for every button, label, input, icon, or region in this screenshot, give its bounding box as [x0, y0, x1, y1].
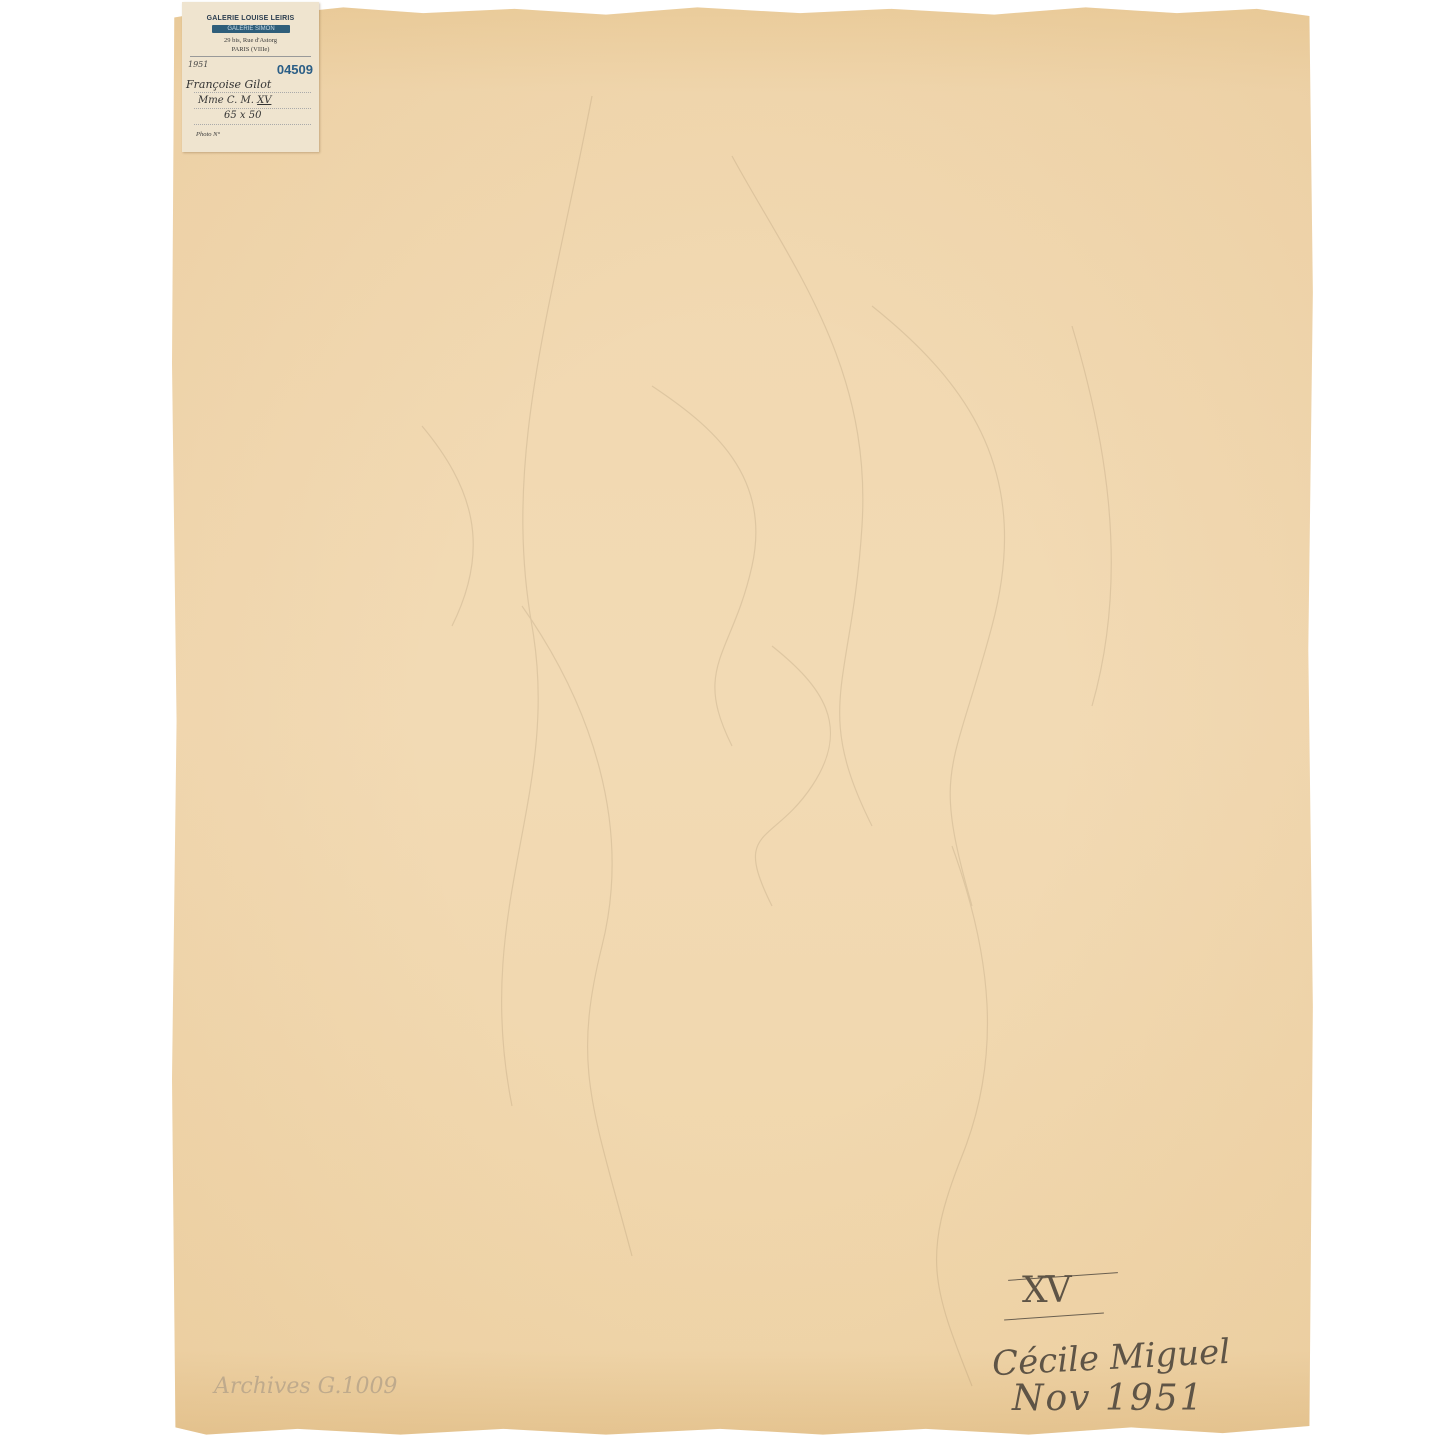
dotted-line	[194, 124, 311, 125]
dotted-line	[194, 92, 311, 93]
archive-inscription: Archives G.1009	[214, 1374, 397, 1399]
photo-number-label: Photo N°	[196, 131, 220, 138]
date-inscription: Nov 1951	[1012, 1378, 1205, 1419]
title-prefix: Mme C. M.	[198, 95, 254, 106]
stock-number: 04509	[277, 62, 313, 77]
struck-gallery-name: GALERIE SIMON	[212, 25, 290, 33]
label-title: Mme C. M. XV	[198, 95, 271, 106]
label-divider	[190, 56, 311, 57]
gallery-address: 29 bis, Rue d'Astorg	[182, 37, 319, 44]
dotted-line	[194, 108, 311, 109]
roman-numeral-inscription: XV	[1022, 1270, 1070, 1311]
paper-sheet	[172, 6, 1314, 1436]
label-year: 1951	[188, 60, 208, 69]
label-dimensions: 65 x 50	[224, 110, 261, 121]
gallery-name: GALERIE LOUISE LEIRIS	[182, 15, 319, 22]
title-numeral: XV	[257, 95, 271, 106]
gallery-city: PARIS (VIIIe)	[182, 46, 319, 53]
gallery-label: GALERIE LOUISE LEIRIS GALERIE SIMON 29 b…	[182, 2, 319, 152]
label-artist: Françoise Gilot	[186, 78, 271, 91]
faint-sketch-lines	[172, 6, 1314, 1436]
